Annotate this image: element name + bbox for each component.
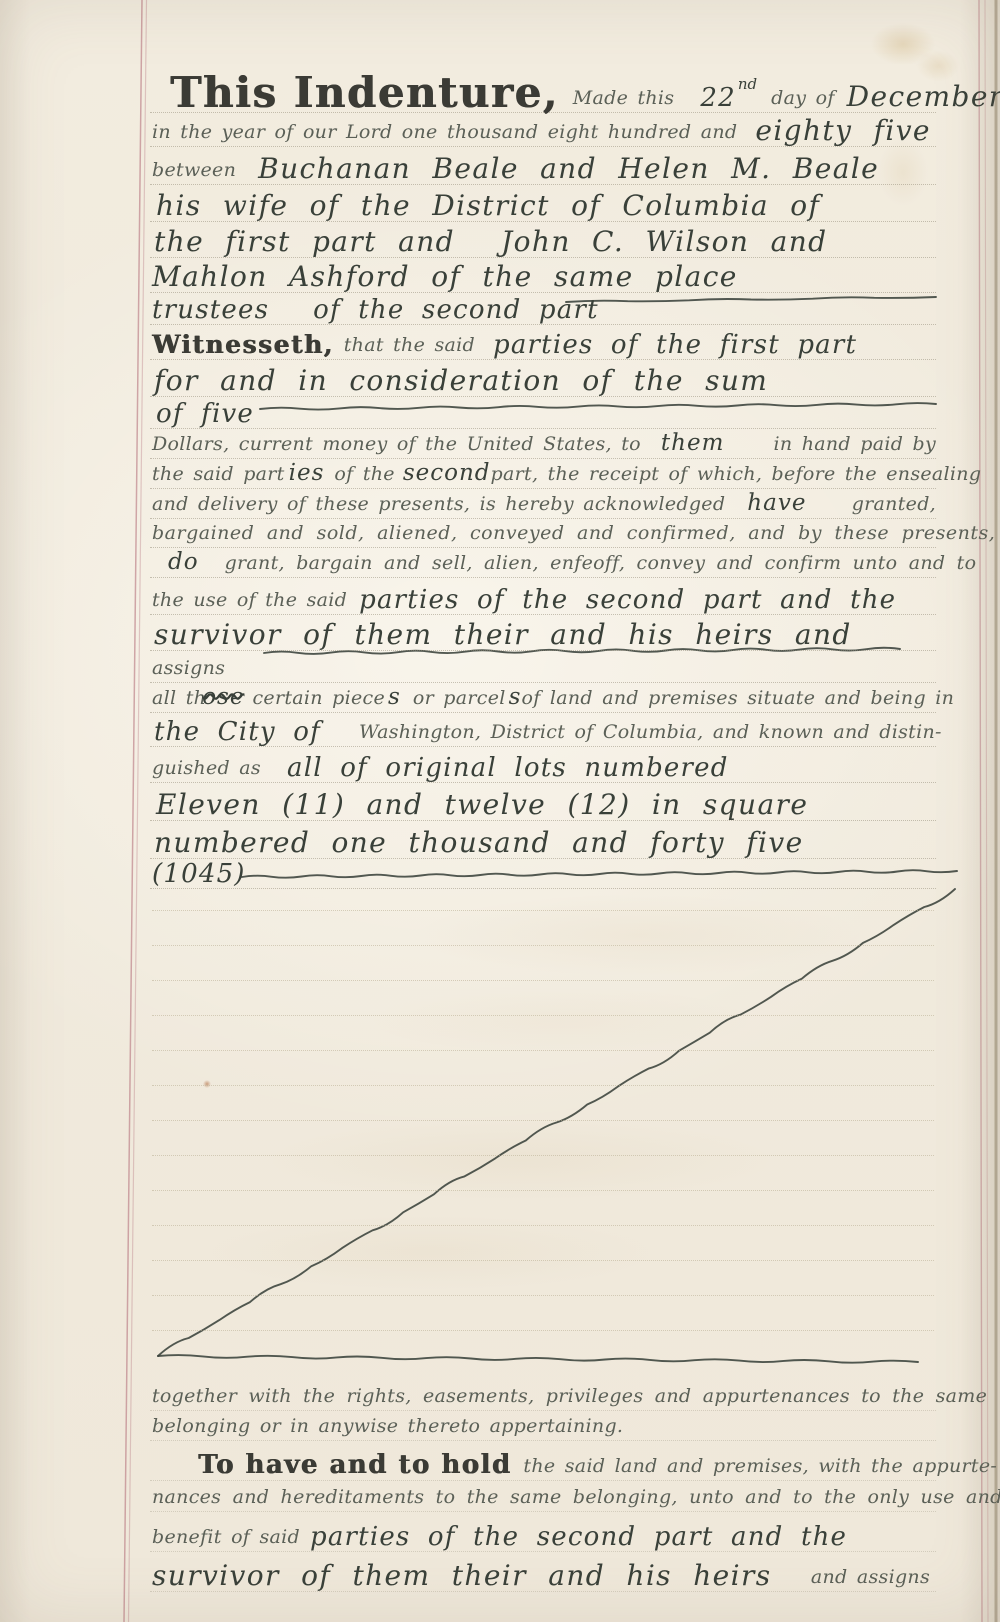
line-wife: his wife of the District of Columbia of bbox=[150, 184, 936, 222]
printed-text: all th bbox=[152, 689, 206, 708]
line-dollars: Dollars, current money of the United Sta… bbox=[150, 428, 936, 459]
handwritten-text: survivor of them their and his heirs and bbox=[154, 621, 852, 649]
handwritten-text: eighty five bbox=[755, 117, 931, 145]
printed-text: the said land and premises, with the app… bbox=[523, 1457, 997, 1476]
faint-ruled-line bbox=[152, 1225, 934, 1226]
line-nances: nances and hereditaments to the same bel… bbox=[150, 1480, 936, 1512]
line-delivery: and delivery of these presents, is hereb… bbox=[150, 488, 936, 519]
line-together: together with the rights, easements, pri… bbox=[150, 1376, 936, 1411]
faint-ruled-line bbox=[152, 1260, 934, 1261]
handwritten-text: ies bbox=[289, 462, 325, 485]
handwritten-text: all of original lots numbered bbox=[287, 755, 729, 781]
handwritten-text: for and in consideration of the sum bbox=[154, 367, 768, 395]
handwritten-text: the first part and bbox=[154, 228, 455, 256]
line-year: in the year of our Lord one thousand eig… bbox=[150, 112, 936, 147]
handwritten-text: of the second part bbox=[313, 297, 599, 323]
blank-space-diagonal-strike bbox=[158, 889, 955, 1356]
line-all-those: all th ose certain piece s or parcel s o… bbox=[150, 682, 936, 713]
faint-ruled-line bbox=[152, 945, 934, 946]
left-margin-line-inner bbox=[129, 0, 147, 1622]
handwritten-text: Eleven (11) and twelve (12) in square bbox=[156, 791, 808, 819]
faint-ruled-line bbox=[152, 1050, 934, 1051]
line-said-part: the said part ies of the second part, th… bbox=[150, 458, 936, 489]
line-guished: guished as all of original lots numbered bbox=[150, 746, 936, 783]
line-to-have: To have and to hold the said land and pr… bbox=[150, 1440, 936, 1481]
printed-text: granted, bbox=[852, 495, 936, 514]
right-margin-line-inner bbox=[979, 0, 982, 1622]
line-trustees: trustees of the second part bbox=[150, 292, 936, 325]
line-assigns: assigns bbox=[150, 650, 936, 683]
printed-text: the said part bbox=[152, 465, 285, 484]
handwritten-text: numbered one thousand and forty five bbox=[154, 829, 804, 857]
line-survivor-2: survivor of them their and his heirs and… bbox=[150, 1551, 936, 1592]
printed-text: of land and premises situate and being i… bbox=[521, 689, 954, 708]
printed-text: in hand paid by bbox=[773, 435, 936, 454]
line-benefit: benefit of said parties of the second pa… bbox=[150, 1511, 936, 1552]
handwritten-text: of five bbox=[156, 401, 254, 427]
line-survivor-1: survivor of them their and his heirs and bbox=[150, 614, 936, 651]
line-of-five: of five bbox=[150, 396, 936, 429]
faint-ruled-line bbox=[152, 910, 934, 911]
printed-text: certain piece bbox=[252, 689, 385, 708]
printed-text: guished as bbox=[152, 759, 261, 778]
printed-text: bargained and sold, aliened, conveyed an… bbox=[152, 524, 995, 543]
right-margin-line-outer bbox=[985, 0, 988, 1622]
handwritten-text: s bbox=[509, 686, 522, 709]
line-belonging: belonging or in anywise thereto appertai… bbox=[150, 1410, 936, 1441]
faint-ruled-line bbox=[152, 1015, 934, 1016]
handwritten-text: parties of the second part and the bbox=[310, 1524, 847, 1550]
printed-text: nances and hereditaments to the same bel… bbox=[152, 1488, 1000, 1507]
printed-text: of the bbox=[334, 465, 394, 484]
line-between: between Buchanan Beale and Helen M. Beal… bbox=[150, 146, 936, 185]
printed-text: benefit of said bbox=[152, 1528, 300, 1547]
faint-ruled-line bbox=[152, 1120, 934, 1121]
handwritten-text: do bbox=[168, 551, 199, 574]
witnesseth-heading: Witnesseth, bbox=[152, 332, 334, 357]
handwritten-text: them bbox=[661, 432, 724, 455]
line-first-part: the first part and John C. Wilson and bbox=[150, 221, 936, 258]
printed-text: Washington, District of Columbia, and kn… bbox=[359, 723, 942, 742]
printed-text: assigns bbox=[152, 659, 225, 678]
printed-text: that the said bbox=[344, 336, 475, 355]
faint-ruled-line bbox=[152, 1190, 934, 1191]
faint-ruled-line bbox=[152, 1155, 934, 1156]
printed-text: or parcel bbox=[413, 689, 506, 708]
handwritten-day: 22 bbox=[700, 85, 735, 111]
printed-text: grant, bargain and sell, alien, enfeoff,… bbox=[225, 554, 977, 573]
faint-ruled-line bbox=[152, 980, 934, 981]
handwritten-text: s bbox=[388, 686, 401, 709]
handwritten-text: John C. Wilson and bbox=[501, 228, 827, 256]
line-1045: (1045) bbox=[150, 858, 936, 889]
handwritten-text: Mahlon Ashford of the same place bbox=[152, 263, 738, 291]
handwritten-month: December bbox=[847, 83, 1000, 111]
handwritten-struck-text: ose bbox=[202, 686, 244, 709]
header-line: This Indenture, Made this 22 nd day of D… bbox=[150, 44, 936, 113]
printed-text: Dollars, current money of the United Sta… bbox=[152, 435, 641, 454]
handwritten-text: parties of the first part bbox=[493, 332, 857, 358]
printed-day-of: day of bbox=[771, 89, 835, 108]
handwritten-day-suffix: nd bbox=[738, 77, 757, 92]
printed-text: and delivery of these presents, is hereb… bbox=[152, 495, 725, 514]
handwritten-text: survivor of them their and his heirs bbox=[152, 1562, 772, 1590]
line-do-grant: do grant, bargain and sell, alien, enfeo… bbox=[150, 547, 936, 578]
handwritten-text: the City of bbox=[154, 719, 321, 745]
line-witnesseth: Witnesseth, that the said parties of the… bbox=[150, 324, 936, 360]
printed-text: the use of the said bbox=[152, 591, 347, 610]
handwritten-text: have bbox=[747, 492, 806, 515]
faint-ruled-line bbox=[152, 1330, 934, 1331]
handwritten-text: parties of the second part and the bbox=[359, 587, 896, 613]
left-margin-line-outer bbox=[124, 0, 142, 1622]
handwritten-text: Buchanan Beale and Helen M. Beale bbox=[258, 155, 879, 183]
line-lots: Eleven (11) and twelve (12) in square bbox=[150, 782, 936, 821]
to-have-heading: To have and to hold bbox=[198, 1452, 511, 1478]
printed-text: in the year of our Lord one thousand eig… bbox=[152, 123, 737, 142]
handwritten-text: second bbox=[403, 462, 491, 485]
line-use-of: the use of the said parties of the secon… bbox=[150, 577, 936, 615]
document-title: This Indenture, bbox=[170, 72, 559, 114]
faint-ruled-line bbox=[152, 1085, 934, 1086]
blank-space-bottom-strike bbox=[158, 1355, 918, 1363]
printed-text: belonging or in anywise thereto appertai… bbox=[152, 1417, 623, 1436]
line-city: the City of Washington, District of Colu… bbox=[150, 712, 936, 747]
line-mahlon: Mahlon Ashford of the same place bbox=[150, 257, 936, 293]
handwritten-text: his wife of the District of Columbia of bbox=[156, 192, 820, 220]
line-bargained: bargained and sold, aliened, conveyed an… bbox=[150, 518, 936, 548]
printed-text: together with the rights, easements, pri… bbox=[152, 1387, 987, 1406]
handwritten-text: (1045) bbox=[152, 861, 246, 887]
handwritten-text: trustees bbox=[152, 297, 269, 323]
line-square-number: numbered one thousand and forty five bbox=[150, 820, 936, 859]
line-consideration: for and in consideration of the sum bbox=[150, 359, 936, 397]
deed-page: This Indenture, Made this 22 nd day of D… bbox=[0, 0, 1000, 1622]
faint-ruled-line bbox=[152, 1295, 934, 1296]
printed-text: and assigns bbox=[811, 1568, 930, 1587]
printed-made-this: Made this bbox=[573, 89, 675, 108]
printed-text: between bbox=[152, 161, 236, 180]
printed-text: part, the receipt of which, before the e… bbox=[491, 465, 982, 484]
